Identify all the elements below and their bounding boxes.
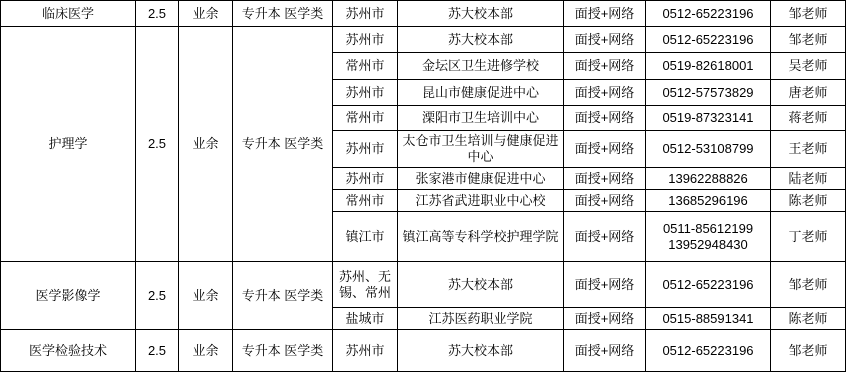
cell-teaching-method: 面授+网络	[564, 262, 646, 308]
cell-phone: 0512-65223196	[646, 262, 771, 308]
cell-site: 金坛区卫生进修学校	[398, 53, 564, 80]
cell-site: 溧阳市卫生培训中心	[398, 106, 564, 131]
cell-study-form: 业余	[179, 262, 233, 330]
cell-study-form: 业余	[179, 330, 233, 372]
cell-site: 太仓市卫生培训与健康促进中心	[398, 131, 564, 168]
cell-study-form: 业余	[179, 27, 233, 262]
cell-teacher: 丁老师	[771, 212, 846, 262]
cell-city: 苏州市	[333, 131, 398, 168]
cell-city: 苏州市	[333, 330, 398, 372]
enrollment-table-page: 临床医学2.5业余专升本 医学类苏州市苏大校本部面授+网络0512-652231…	[0, 0, 847, 376]
cell-phone: 13685296196	[646, 190, 771, 212]
cell-teacher: 邹老师	[771, 1, 846, 27]
cell-site: 苏大校本部	[398, 262, 564, 308]
cell-city: 常州市	[333, 53, 398, 80]
cell-program: 医学影像学	[1, 262, 136, 330]
cell-phone: 0515-88591341	[646, 308, 771, 330]
phone-line: 13952948430	[648, 237, 768, 253]
cell-duration: 2.5	[136, 262, 179, 330]
cell-site: 昆山市健康促进中心	[398, 80, 564, 106]
cell-teaching-method: 面授+网络	[564, 168, 646, 190]
cell-phone: 0512-57573829	[646, 80, 771, 106]
cell-city: 苏州、无锡、常州	[333, 262, 398, 308]
cell-city: 苏州市	[333, 1, 398, 27]
cell-teacher: 邹老师	[771, 262, 846, 308]
cell-phone: 0512-65223196	[646, 27, 771, 53]
table-row: 医学影像学2.5业余专升本 医学类苏州、无锡、常州苏大校本部面授+网络0512-…	[1, 262, 846, 308]
cell-category: 专升本 医学类	[233, 27, 333, 262]
cell-teaching-method: 面授+网络	[564, 212, 646, 262]
cell-teaching-method: 面授+网络	[564, 190, 646, 212]
cell-phone: 0519-87323141	[646, 106, 771, 131]
cell-teacher: 邹老师	[771, 27, 846, 53]
cell-phone: 0512-53108799	[646, 131, 771, 168]
cell-site: 镇江高等专科学校护理学院	[398, 212, 564, 262]
enrollment-table: 临床医学2.5业余专升本 医学类苏州市苏大校本部面授+网络0512-652231…	[0, 0, 846, 372]
cell-site: 江苏省武进职业中心校	[398, 190, 564, 212]
cell-program: 医学检验技术	[1, 330, 136, 372]
cell-teacher: 陈老师	[771, 308, 846, 330]
table-body: 临床医学2.5业余专升本 医学类苏州市苏大校本部面授+网络0512-652231…	[1, 1, 846, 372]
table-row: 医学检验技术2.5业余专升本 医学类苏州市苏大校本部面授+网络0512-6522…	[1, 330, 846, 372]
cell-city: 苏州市	[333, 80, 398, 106]
cell-duration: 2.5	[136, 27, 179, 262]
cell-teacher: 陆老师	[771, 168, 846, 190]
cell-category: 专升本 医学类	[233, 330, 333, 372]
cell-phone: 13962288826	[646, 168, 771, 190]
cell-teaching-method: 面授+网络	[564, 308, 646, 330]
cell-teacher: 蒋老师	[771, 106, 846, 131]
cell-teaching-method: 面授+网络	[564, 27, 646, 53]
cell-city: 常州市	[333, 190, 398, 212]
cell-phone: 0511-8561219913952948430	[646, 212, 771, 262]
cell-teaching-method: 面授+网络	[564, 53, 646, 80]
table-row: 护理学2.5业余专升本 医学类苏州市苏大校本部面授+网络0512-6522319…	[1, 27, 846, 53]
cell-program: 临床医学	[1, 1, 136, 27]
cell-site: 江苏医药职业学院	[398, 308, 564, 330]
cell-phone: 0512-65223196	[646, 330, 771, 372]
cell-teacher: 王老师	[771, 131, 846, 168]
cell-teacher: 陈老师	[771, 190, 846, 212]
cell-city: 苏州市	[333, 27, 398, 53]
cell-teacher: 邹老师	[771, 330, 846, 372]
cell-teaching-method: 面授+网络	[564, 106, 646, 131]
cell-study-form: 业余	[179, 1, 233, 27]
cell-duration: 2.5	[136, 1, 179, 27]
cell-category: 专升本 医学类	[233, 262, 333, 330]
cell-city: 镇江市	[333, 212, 398, 262]
cell-phone: 0512-65223196	[646, 1, 771, 27]
cell-city: 常州市	[333, 106, 398, 131]
cell-category: 专升本 医学类	[233, 1, 333, 27]
cell-city: 苏州市	[333, 168, 398, 190]
cell-duration: 2.5	[136, 330, 179, 372]
cell-teaching-method: 面授+网络	[564, 330, 646, 372]
cell-phone: 0519-82618001	[646, 53, 771, 80]
cell-site: 苏大校本部	[398, 27, 564, 53]
cell-site: 苏大校本部	[398, 330, 564, 372]
cell-site: 张家港市健康促进中心	[398, 168, 564, 190]
phone-line: 0511-85612199	[648, 221, 768, 237]
table-row: 临床医学2.5业余专升本 医学类苏州市苏大校本部面授+网络0512-652231…	[1, 1, 846, 27]
cell-teacher: 唐老师	[771, 80, 846, 106]
cell-program: 护理学	[1, 27, 136, 262]
cell-teacher: 吴老师	[771, 53, 846, 80]
cell-city: 盐城市	[333, 308, 398, 330]
cell-teaching-method: 面授+网络	[564, 1, 646, 27]
cell-teaching-method: 面授+网络	[564, 131, 646, 168]
cell-site: 苏大校本部	[398, 1, 564, 27]
cell-teaching-method: 面授+网络	[564, 80, 646, 106]
